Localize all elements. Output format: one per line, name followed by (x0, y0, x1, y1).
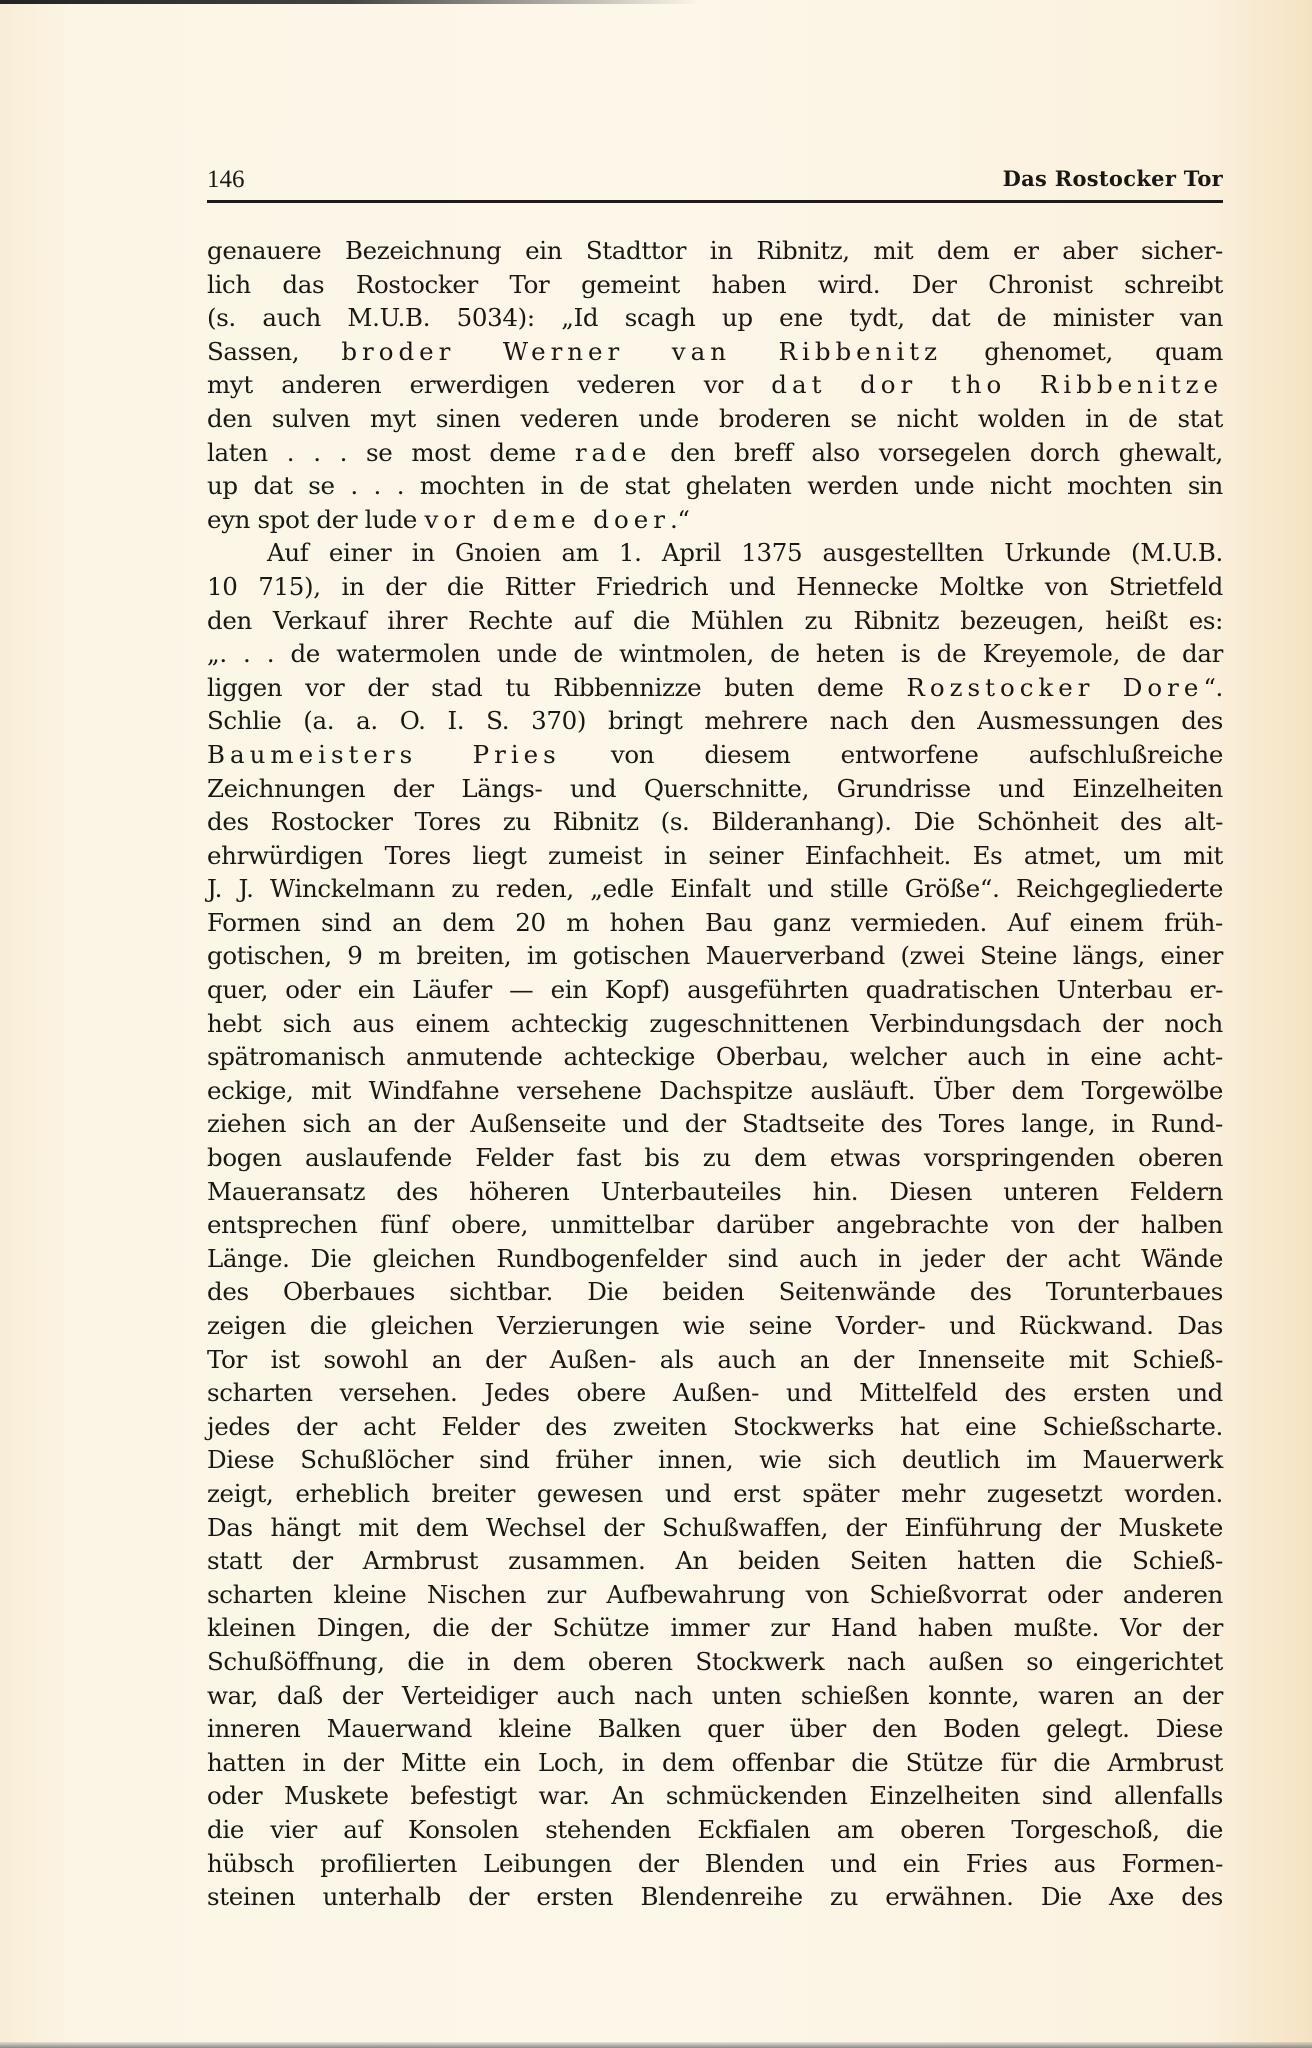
text-line: Zeichnungen der Längs- und Querschnitte,… (207, 772, 1223, 806)
text-line: hübsch profilierten Leibungen der Blende… (207, 1847, 1223, 1881)
text-line: eyn spot der lude vor deme doer.“ (207, 503, 1223, 537)
spaced-emphasis: Rozstocker Dore (906, 673, 1203, 702)
page-number: 146 (207, 166, 245, 194)
running-head-title: Das Rostocker Tor (1003, 166, 1223, 191)
text-line: kleinen Dingen, die der Schütze immer zu… (207, 1611, 1223, 1645)
text-line: statt der Armbrust zusammen. An beiden S… (207, 1544, 1223, 1578)
text-line-spaced: myt anderen erwerdigen vederen vor dat d… (207, 368, 1223, 402)
text-line: Schlie (a. a. O. I. S. 370) bringt mehre… (207, 704, 1223, 738)
text-line: inneren Mauerwand kleine Balken quer übe… (207, 1712, 1223, 1746)
paragraph-1: genauere Bezeichnung ein Stadttor in Rib… (207, 234, 1223, 536)
text-line: oder Muskete befestigt war. An schmücken… (207, 1779, 1223, 1813)
text-line: scharten versehen. Jedes obere Außen- un… (207, 1376, 1223, 1410)
text-line: Maueransatz des höheren Unterbauteiles h… (207, 1175, 1223, 1209)
text-line: Länge. Die gleichen Rundbogenfelder sind… (207, 1242, 1223, 1276)
body-text: genauere Bezeichnung ein Stadttor in Rib… (207, 234, 1223, 1914)
text-line: war, daß der Verteidiger auch nach unten… (207, 1679, 1223, 1713)
text-line: ehrwürdigen Tores liegt zumeist in seine… (207, 839, 1223, 873)
text-line: die vier auf Konsolen stehenden Eckfiale… (207, 1813, 1223, 1847)
text-line: entsprechen fünf obere, unmittelbar darü… (207, 1208, 1223, 1242)
text-line: laten . . . se most deme rade den breff … (207, 436, 1223, 470)
text-line: Formen sind an dem 20 m hohen Bau ganz v… (207, 906, 1223, 940)
text-line-spaced: Sassen, broder Werner van Ribbenitz ghen… (207, 335, 1223, 369)
text-line: ziehen sich an der Außenseite und der St… (207, 1107, 1223, 1141)
text-line: „. . . de watermolen unde de wintmolen, … (207, 637, 1223, 671)
text-line: liggen vor der stad tu Ribbennizze buten… (207, 671, 1223, 705)
text-line-indented: Auf einer in Gnoien am 1. April 1375 aus… (207, 536, 1223, 570)
text-line: (s. auch M.U.B. 5034): „Id scagh up ene … (207, 301, 1223, 335)
text-line: des Oberbaues sichtbar. Die beiden Seite… (207, 1275, 1223, 1309)
paragraph-2: Auf einer in Gnoien am 1. April 1375 aus… (207, 536, 1223, 1913)
text-line: Schußöffnung, die in dem oberen Stockwer… (207, 1645, 1223, 1679)
running-head: 146 Das Rostocker Tor (207, 160, 1223, 210)
spaced-emphasis: broder Werner van Ribbenitz (341, 337, 942, 366)
text-line: jedes der acht Felder des zweiten Stockw… (207, 1410, 1223, 1444)
text-line: lich das Rostocker Tor gemeint haben wir… (207, 268, 1223, 302)
text-line: gotischen, 9 m breiten, im gotischen Mau… (207, 939, 1223, 973)
text-line: Diese Schußlöcher sind früher innen, wie… (207, 1443, 1223, 1477)
text-line: hatten in der Mitte ein Loch, in dem off… (207, 1746, 1223, 1780)
text-line: zeigen die gleichen Verzierungen wie sei… (207, 1309, 1223, 1343)
text-line: spätromanisch anmutende achteckige Oberb… (207, 1040, 1223, 1074)
text-line: des Rostocker Tores zu Ribnitz (s. Bilde… (207, 805, 1223, 839)
text-line: 10 715), in der die Ritter Friedrich und… (207, 570, 1223, 604)
spaced-emphasis: rade (575, 438, 652, 467)
text-line: hebt sich aus einem achteckig zugeschnit… (207, 1007, 1223, 1041)
spaced-emphasis: dat dor tho Ribbenitze (771, 370, 1223, 399)
text-line: Tor ist sowohl an der Außen- als auch an… (207, 1343, 1223, 1377)
text-line: J. J. Winckelmann zu reden, „edle Einfal… (207, 872, 1223, 906)
text-line: den Verkauf ihrer Rechte auf die Mühlen … (207, 604, 1223, 638)
text-line: zeigt, erheblich breiter gewesen und ers… (207, 1477, 1223, 1511)
text-line: eckige, mit Windfahne versehene Dachspit… (207, 1074, 1223, 1108)
text-line: genauere Bezeichnung ein Stadttor in Rib… (207, 234, 1223, 268)
text-line-spaced: Baumeisters Pries von diesem entworfene … (207, 738, 1223, 772)
text-line: steinen unterhalb der ersten Blendenreih… (207, 1880, 1223, 1914)
text-line: up dat se . . . mochten in de stat ghela… (207, 469, 1223, 503)
text-line: Das hängt mit dem Wechsel der Schußwaffe… (207, 1511, 1223, 1545)
text-line: quer, oder ein Läufer — ein Kopf) ausgef… (207, 973, 1223, 1007)
text-line: bogen auslaufende Felder fast bis zu dem… (207, 1141, 1223, 1175)
spaced-emphasis: Baumeisters Pries (207, 740, 561, 769)
scan-top-edge (0, 0, 700, 4)
text-line: scharten kleine Nischen zur Aufbewahrung… (207, 1578, 1223, 1612)
spaced-emphasis: vor deme doer (425, 505, 670, 534)
text-line: den sulven myt sinen vederen unde broder… (207, 402, 1223, 436)
header-rule (207, 200, 1223, 203)
scan-bottom-edge (0, 2042, 1312, 2048)
